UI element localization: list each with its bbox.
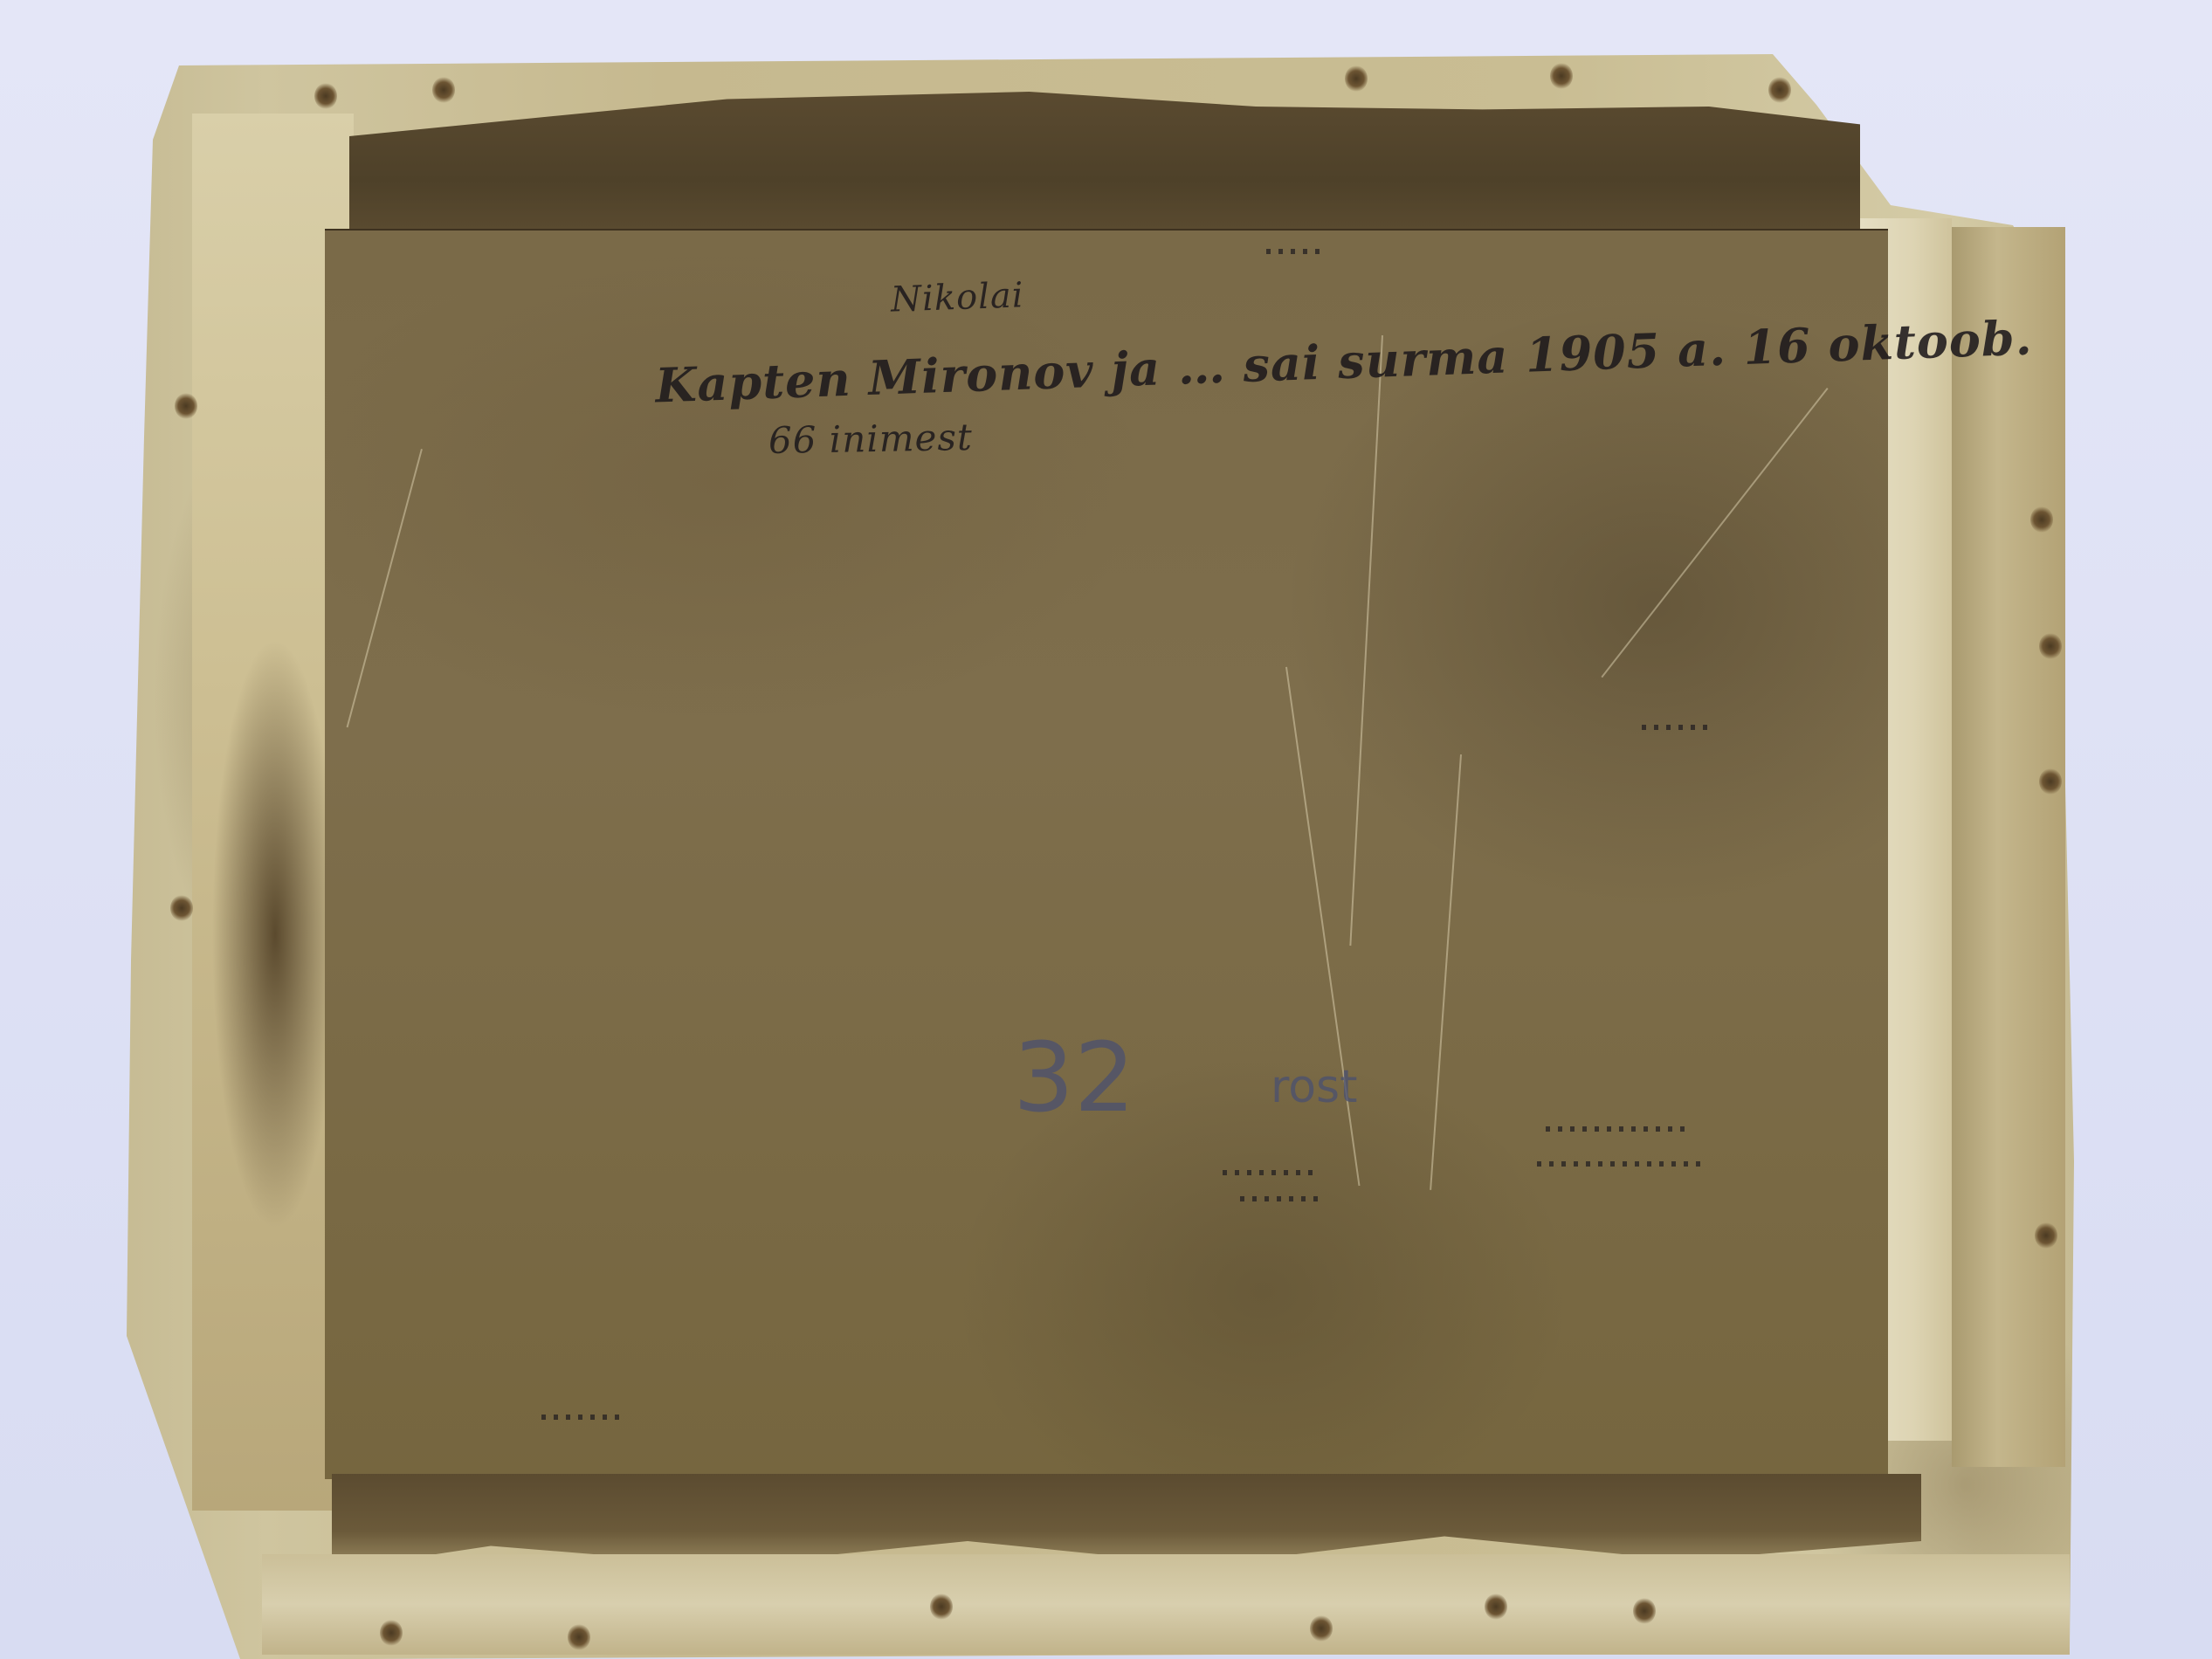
- scratch-mark: [347, 449, 423, 727]
- nail-hole: [175, 393, 197, 419]
- nail-hole: [1550, 63, 1573, 89]
- scratch-mark: [1430, 754, 1462, 1190]
- right-frame-edge: [1952, 227, 2065, 1467]
- inscription-name: Nikolai: [890, 275, 1024, 320]
- inscription-count: 66 inimest: [768, 416, 974, 462]
- nail-hole: [2039, 633, 2062, 659]
- nail-hole: [1633, 1598, 1656, 1624]
- nail-hole: [380, 1620, 403, 1646]
- picture-backing-panel: [325, 229, 1888, 1479]
- pencil-number: 32: [1013, 1022, 1135, 1133]
- nail-hole: [930, 1594, 953, 1620]
- ink-specks: [541, 1415, 620, 1420]
- ink-specks: [1223, 1170, 1319, 1175]
- ink-specks: [1546, 1126, 1685, 1132]
- nail-hole: [314, 83, 337, 109]
- top-dark-strip: [349, 92, 1860, 240]
- ink-specks: [1642, 725, 1712, 730]
- scratch-mark: [1349, 335, 1383, 946]
- nail-hole: [170, 895, 193, 921]
- pencil-word: rost: [1271, 1061, 1358, 1113]
- nail-hole: [2035, 1222, 2057, 1249]
- nail-hole: [1345, 65, 1368, 92]
- left-water-stain: [170, 541, 345, 1327]
- ink-specks: [1240, 1196, 1319, 1201]
- nail-hole: [1310, 1615, 1333, 1642]
- bottom-frame-edge: [262, 1554, 2070, 1655]
- nail-hole: [432, 77, 455, 103]
- ink-specks: [1266, 249, 1327, 254]
- scratch-mark: [1601, 388, 1828, 678]
- nail-hole: [2030, 506, 2053, 533]
- nail-hole: [568, 1624, 590, 1650]
- nail-hole: [1485, 1594, 1507, 1620]
- ink-specks: [1537, 1161, 1703, 1167]
- nail-hole: [2039, 768, 2062, 795]
- nail-hole: [1768, 77, 1791, 103]
